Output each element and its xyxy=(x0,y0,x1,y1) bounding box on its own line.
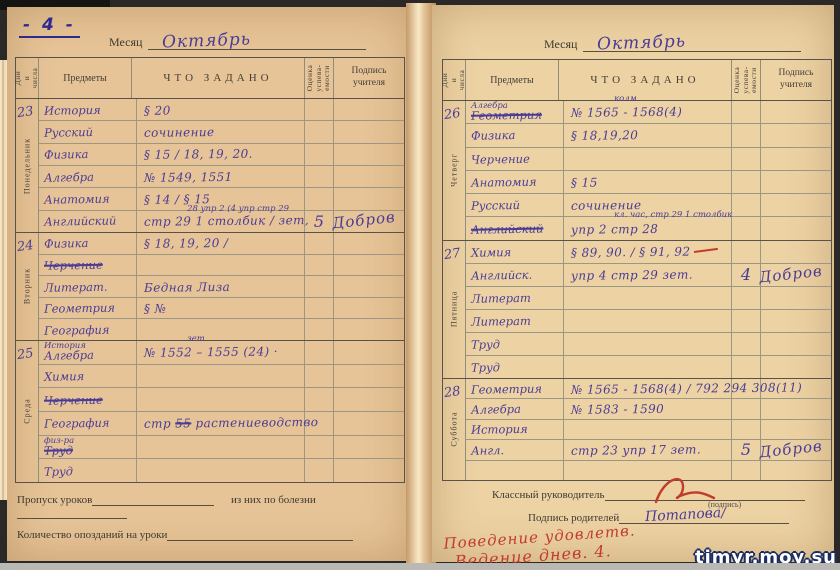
month-line-right: МесяцОктябрь xyxy=(544,35,801,52)
task-text xyxy=(144,264,304,266)
month-label: Месяц xyxy=(109,35,142,49)
table-row: Алгебра Геометрия колм. № 1565 - 1568(4) xyxy=(466,101,831,124)
table-row: Алгебра № 1583 - 1590 xyxy=(466,399,831,419)
grade-cell xyxy=(305,319,334,340)
task-cell: упр 4 стр 29 зет. xyxy=(564,264,732,286)
table-row: География xyxy=(39,319,404,340)
grade-cell xyxy=(732,101,761,123)
subject-name: Труд xyxy=(471,336,563,352)
teacher-signature-cell xyxy=(761,124,831,146)
task-text: № 1549, 1551 xyxy=(144,169,304,185)
table-row: Геометрия № 1565 - 1568(4) / 792 294 308… xyxy=(466,379,831,399)
task-text: упр 4 стр 29 зет. xyxy=(571,267,731,283)
grade-cell xyxy=(732,287,761,309)
table-row: Литерат xyxy=(466,287,831,310)
table-row: Английск. упр 4 стр 29 зет. 4 Добров xyxy=(466,264,831,287)
day-name-label: Вторник xyxy=(22,268,31,304)
task-text: § 15 xyxy=(571,174,731,190)
task-cell: сочинение xyxy=(137,121,305,142)
grade-cell xyxy=(732,124,761,146)
subject-cell xyxy=(466,461,564,480)
table-row: Физика § 15 / 18, 19, 20. xyxy=(39,144,404,166)
day-cell: 25 Среда xyxy=(16,341,39,482)
day-section: 26 Четверг Алгебра Геометрия колм. № 156… xyxy=(443,101,831,241)
table-row: Англ. стр 23 упр 17 зет. 5 Добров xyxy=(466,440,831,460)
day-section: 25 Среда История Алгебра зет № 1552 – 15… xyxy=(16,341,404,482)
teacher-signature-cell xyxy=(761,194,831,216)
left-table: Дни и числа Предметы ЧТО ЗАДАНО Оценка у… xyxy=(15,57,405,483)
table-row: Труд xyxy=(39,459,404,482)
month-value-handwritten: Октябрь xyxy=(162,29,252,52)
subject-cell: Геометрия xyxy=(466,379,564,398)
subject-cell: История xyxy=(466,420,564,439)
diary-spread-photo: - 4 - МесяцОктябрь Дни и числа Предметы … xyxy=(0,0,840,570)
grade-value: 4 xyxy=(741,265,751,284)
task-cell: № 1549, 1551 xyxy=(137,166,305,187)
header-signature: Подпись учителя xyxy=(334,58,404,98)
subject-cell: Физика xyxy=(466,124,564,146)
subject-name: Черчение xyxy=(44,257,136,273)
subject-cell: Черчение xyxy=(39,388,137,411)
tardies-blank xyxy=(167,528,353,541)
teacher-signature-cell xyxy=(334,166,404,187)
table-row: Геометрия § № xyxy=(39,298,404,320)
task-text: § 20 xyxy=(144,102,304,118)
class-teacher-label: Классный руководитель xyxy=(492,489,605,501)
task-cell xyxy=(137,459,305,482)
task-text: № 1583 - 1590 xyxy=(571,401,731,417)
date-number-handwritten: 24 xyxy=(16,238,34,255)
missed-lessons-label: Пропуск уроков xyxy=(17,494,92,506)
table-row: Литерат. Бедная Лиза xyxy=(39,276,404,298)
day-cell: 24 Вторник xyxy=(16,233,39,340)
task-text xyxy=(144,399,304,401)
subject-name: История xyxy=(471,422,563,438)
day-name-label: Суббота xyxy=(449,412,458,447)
subject-cell: Труд xyxy=(466,333,564,355)
teacher-signature-cell xyxy=(334,298,404,319)
task-superscript-note: зет xyxy=(187,334,205,344)
teacher-signature-cell xyxy=(761,148,831,170)
month-label: Месяц xyxy=(544,37,577,51)
task-cell: № 1583 - 1590 xyxy=(564,399,732,418)
task-text: № 1565 - 1568(4) / 792 294 308(11) xyxy=(571,381,731,397)
subject-name: Анатомия xyxy=(44,191,136,207)
grade-cell xyxy=(732,356,761,378)
subject-cell: Черчение xyxy=(39,255,137,276)
teacher-signature-cell xyxy=(334,233,404,254)
day-rows: Физика § 18, 19, 20 / Черчение Ли xyxy=(39,233,404,340)
date-number-handwritten: 23 xyxy=(16,104,34,121)
subject-cell: Английский xyxy=(39,211,137,232)
day-name-label: Пятница xyxy=(449,291,458,327)
subject-cell: Геометрия xyxy=(39,298,137,319)
task-text: стр 55 растениеводство xyxy=(144,415,304,431)
task-text: § 89, 90. / § 91, 92 xyxy=(571,244,731,260)
task-text: § 18, 19, 20 / xyxy=(144,236,304,252)
subject-name: Химия xyxy=(44,368,136,384)
task-cell xyxy=(137,436,305,459)
subject-name: Алгебра xyxy=(44,348,136,364)
day-rows: История § 20 Русский сочинение Физ xyxy=(39,99,404,232)
teacher-signature-cell xyxy=(761,333,831,355)
subject-name: Черчение xyxy=(471,151,563,167)
task-text xyxy=(571,429,731,431)
parents-signature-label: Подпись родителей xyxy=(528,512,619,524)
task-text xyxy=(571,343,731,345)
header-grade: Оценка успева- емости xyxy=(305,58,334,98)
page-number: - 4 - xyxy=(19,15,80,38)
grade-cell: 5 xyxy=(305,211,334,232)
task-cell: кл. час, стр 29 1 столбик упр 2 стр 28 xyxy=(564,217,732,239)
subject-cell: История Алгебра xyxy=(39,341,137,364)
task-text xyxy=(571,469,731,471)
task-text xyxy=(144,375,304,377)
task-cell xyxy=(564,148,732,170)
red-teacher-notes: Поведение удовлетв. Ведение днев. 4. xyxy=(443,521,638,570)
table-row: Черчение xyxy=(39,255,404,277)
left-page: - 4 - МесяцОктябрь Дни и числа Предметы … xyxy=(7,7,411,561)
day-cell: 27 Пятница xyxy=(443,241,466,378)
left-footer: Пропуск уроков из них по болезни Количес… xyxy=(17,493,407,550)
grade-cell xyxy=(732,333,761,355)
grade-cell xyxy=(305,459,334,482)
table-row: Физика § 18,19,20 xyxy=(466,124,831,147)
teacher-signature-cell xyxy=(761,461,831,480)
day-rows: История Алгебра зет № 1552 – 1555 (24) ·… xyxy=(39,341,404,482)
table-row: Литерат xyxy=(466,310,831,333)
teacher-signature-cell xyxy=(334,121,404,142)
teacher-signature-cell xyxy=(761,399,831,418)
subject-cell: Алгебра xyxy=(39,166,137,187)
subject-cell: География xyxy=(39,319,137,340)
teacher-signature-cell: Добров xyxy=(761,440,831,459)
grade-cell xyxy=(305,365,334,388)
subject-name: Английский xyxy=(471,221,563,237)
table-row: Анатомия § 15 xyxy=(466,171,831,194)
table-row: Химия xyxy=(39,365,404,389)
date-number-handwritten: 28 xyxy=(443,384,461,401)
table-row: География стр 55 растениеводство xyxy=(39,412,404,436)
grade-value: 5 xyxy=(314,212,324,231)
subject-cell: Физика xyxy=(39,233,137,254)
subject-cell: Англ. xyxy=(466,440,564,459)
grade-cell xyxy=(305,341,334,364)
table-row: Труд xyxy=(466,356,831,378)
day-name-label: Среда xyxy=(22,399,31,424)
teacher-signature-cell xyxy=(334,144,404,165)
task-text: № 1565 - 1568(4) xyxy=(571,104,731,120)
table-row: Алгебра № 1549, 1551 xyxy=(39,166,404,188)
grade-cell xyxy=(305,99,334,120)
subject-name: История xyxy=(44,102,136,118)
grade-cell xyxy=(305,436,334,459)
subject-cell: физ-ра Труд xyxy=(39,436,137,459)
task-cell: № 1565 - 1568(4) / 792 294 308(11) xyxy=(564,379,732,398)
header-days: Дни и числа xyxy=(443,60,466,100)
subject-name: Русский xyxy=(44,124,136,140)
subject-name: Алгебра xyxy=(471,401,563,417)
table-row: Труд xyxy=(466,333,831,356)
teacher-signature-cell xyxy=(761,310,831,332)
tardies-label: Количество опозданий на уроки xyxy=(17,529,167,541)
table-row: Физика § 18, 19, 20 / xyxy=(39,233,404,255)
task-cell: зет № 1552 – 1555 (24) · xyxy=(137,341,305,364)
header-tasks: ЧТО ЗАДАНО xyxy=(559,60,732,100)
missed-lessons-blank xyxy=(92,493,214,506)
subject-cell: Труд xyxy=(39,459,137,482)
grade-cell xyxy=(732,171,761,193)
day-cell: 26 Четверг xyxy=(443,101,466,240)
teacher-signature-cell xyxy=(334,388,404,411)
task-text: § 18,19,20 xyxy=(571,128,731,144)
grade-cell xyxy=(732,461,761,480)
month-line-left: МесяцОктябрь xyxy=(109,33,366,50)
day-rows: Геометрия № 1565 - 1568(4) / 792 294 308… xyxy=(466,379,831,480)
grade-cell xyxy=(732,310,761,332)
day-section: 28 Суббота Геометрия № 1565 - 1568(4) / … xyxy=(443,379,831,480)
day-cell: 23 Понедельник xyxy=(16,99,39,232)
teacher-signature-cell xyxy=(334,99,404,120)
table-row: История § 20 xyxy=(39,99,404,121)
task-cell: Бедная Лиза xyxy=(137,276,305,297)
subject-name: Труд xyxy=(471,359,563,375)
grade-value: 5 xyxy=(741,440,751,459)
table-row: физ-ра Труд xyxy=(39,436,404,460)
header-days: Дни и числа xyxy=(16,58,39,98)
task-superscript-note: кл. час, стр 29 1 столбик xyxy=(614,210,732,220)
teacher-signature-cell xyxy=(761,241,831,263)
grade-cell xyxy=(732,148,761,170)
task-text xyxy=(144,446,304,448)
teacher-signature-cell xyxy=(761,287,831,309)
header-tasks: ЧТО ЗАДАНО xyxy=(132,58,305,98)
subject-cell: Химия xyxy=(466,241,564,263)
teacher-signature-cell xyxy=(334,188,404,209)
table-row: История Алгебра зет № 1552 – 1555 (24) · xyxy=(39,341,404,365)
subject-name: Физика xyxy=(471,128,563,144)
task-cell xyxy=(137,319,305,340)
task-text: Бедная Лиза xyxy=(144,279,304,295)
teacher-signature-cell xyxy=(334,255,404,276)
right-page: МесяцОктябрь Дни и числа Предметы ЧТО ЗА… xyxy=(432,5,834,562)
right-footer: Классный руководитель (подпись) Подпись … xyxy=(440,488,832,530)
grade-cell xyxy=(305,255,334,276)
day-name-label: Понедельник xyxy=(22,137,31,193)
subject-name: Английский xyxy=(44,214,136,230)
teacher-signature-cell xyxy=(334,436,404,459)
day-cell: 28 Суббота xyxy=(443,379,466,480)
table-row xyxy=(466,461,831,480)
subject-cell: Физика xyxy=(39,144,137,165)
subject-name: Физика xyxy=(44,147,136,163)
task-cell: § 18,19,20 xyxy=(564,124,732,146)
teacher-signature-cell xyxy=(334,341,404,364)
subject-name: Анатомия xyxy=(471,174,563,190)
subject-cell: Алгебра xyxy=(466,399,564,418)
grade-cell xyxy=(732,420,761,439)
task-text: сочинение xyxy=(144,124,304,140)
subject-name: Литерат xyxy=(471,290,563,306)
teacher-signature-handwritten: Добров xyxy=(758,262,823,287)
subject-name: Русский xyxy=(471,198,563,214)
teacher-signature-cell xyxy=(761,379,831,398)
subject-cell: Литерат xyxy=(466,287,564,309)
subject-cell: Русский xyxy=(39,121,137,142)
grade-cell xyxy=(732,194,761,216)
task-text: стр 23 упр 17 зет. xyxy=(571,442,731,458)
subject-name: Геометрия xyxy=(44,300,136,316)
task-text xyxy=(571,320,731,322)
teacher-signature-cell xyxy=(334,276,404,297)
teacher-signature-cell xyxy=(334,459,404,482)
subject-name: Черчение xyxy=(44,392,136,408)
subject-cell: Труд xyxy=(466,356,564,378)
task-cell xyxy=(564,287,732,309)
day-rows: Алгебра Геометрия колм. № 1565 - 1568(4)… xyxy=(466,101,831,240)
day-rows: Химия § 89, 90. / § 91, 92 Английск. упр… xyxy=(466,241,831,378)
table-row: Английский кл. час, стр 29 1 столбик упр… xyxy=(466,217,831,239)
task-text xyxy=(144,329,304,331)
grade-cell xyxy=(305,233,334,254)
day-name-label: Четверг xyxy=(449,153,458,187)
subject-name: Труд xyxy=(44,463,136,479)
teacher-signature-handwritten: Добров xyxy=(331,208,396,233)
grade-cell: 4 xyxy=(732,264,761,286)
subject-name: География xyxy=(44,322,136,338)
subject-cell: Английский xyxy=(466,217,564,239)
task-cell: § 15 xyxy=(564,171,732,193)
grade-cell xyxy=(305,276,334,297)
task-text: упр 2 стр 28 xyxy=(571,221,731,237)
due-illness-blank xyxy=(17,506,127,519)
table-row: Черчение xyxy=(39,388,404,412)
subject-name: Труд xyxy=(44,442,136,458)
right-table: Дни и числа Предметы ЧТО ЗАДАНО Оценка у… xyxy=(442,59,832,481)
task-text xyxy=(144,470,304,472)
month-value-handwritten: Октябрь xyxy=(597,31,687,54)
date-number-handwritten: 27 xyxy=(443,246,461,263)
table-row: История xyxy=(466,420,831,440)
subject-cell: Химия xyxy=(39,365,137,388)
subject-cell: Анатомия xyxy=(466,171,564,193)
task-text xyxy=(571,366,731,368)
right-sections: 26 Четверг Алгебра Геометрия колм. № 156… xyxy=(443,101,831,480)
task-text: № 1552 – 1555 (24) · xyxy=(144,344,304,360)
due-illness-label: из них по болезни xyxy=(231,494,316,506)
task-cell xyxy=(137,255,305,276)
subject-cell: Анатомия xyxy=(39,188,137,209)
grade-cell xyxy=(732,399,761,418)
red-correction-mark xyxy=(693,241,718,253)
subject-name: Англ. xyxy=(471,442,563,458)
table-row: Английский 28 упр 2 (4 упр стр 29 стр 29… xyxy=(39,211,404,232)
subject-name: Геометрия xyxy=(471,381,563,397)
task-text: стр 29 1 столбик / зет, xyxy=(144,214,304,230)
grade-cell xyxy=(732,241,761,263)
task-superscript-note: 28 упр 2 (4 упр стр 29 xyxy=(187,204,289,214)
subject-cell: История xyxy=(39,99,137,120)
task-superscript-note: колм. xyxy=(614,94,639,104)
grade-cell: 5 xyxy=(732,440,761,459)
subject-name: Литерат xyxy=(471,313,563,329)
task-cell: § 89, 90. / § 91, 92 xyxy=(564,241,732,263)
teacher-signature-cell xyxy=(761,171,831,193)
task-cell xyxy=(564,356,732,378)
table-row: Черчение xyxy=(466,148,831,171)
task-cell: § № xyxy=(137,298,305,319)
subject-name: Химия xyxy=(471,244,563,260)
header-subjects: Предметы xyxy=(39,58,132,98)
task-cell: 28 упр 2 (4 упр стр 29 стр 29 1 столбик … xyxy=(137,211,305,232)
task-cell xyxy=(564,333,732,355)
date-number-handwritten: 26 xyxy=(443,106,461,123)
grade-cell xyxy=(732,217,761,239)
task-cell xyxy=(137,388,305,411)
subject-name: Алгебра xyxy=(44,169,136,185)
date-number-handwritten: 25 xyxy=(16,346,34,363)
left-sections: 23 Понедельник История § 20 Русский сочи… xyxy=(16,99,404,482)
teacher-signature-cell xyxy=(334,319,404,340)
header-grade: Оценка успева- емости xyxy=(732,60,761,100)
task-text: § № xyxy=(144,300,304,316)
teacher-signature-cell: Добров xyxy=(334,211,404,232)
left-table-header: Дни и числа Предметы ЧТО ЗАДАНО Оценка у… xyxy=(16,58,404,99)
grade-cell xyxy=(305,166,334,187)
task-text xyxy=(571,158,731,160)
site-watermark: timyr.moy.su xyxy=(695,547,837,568)
task-text: § 15 / 18, 19, 20. xyxy=(144,147,304,163)
subject-cell: Алгебра Геометрия xyxy=(466,101,564,123)
grade-cell xyxy=(305,388,334,411)
teacher-signature-cell xyxy=(761,217,831,239)
subject-cell: Английск. xyxy=(466,264,564,286)
teacher-signature-handwritten: Добров xyxy=(758,437,823,462)
subject-cell: География xyxy=(39,412,137,435)
subject-cell: Русский xyxy=(466,194,564,216)
task-cell: § 15 / 18, 19, 20. xyxy=(137,144,305,165)
day-section: 27 Пятница Химия § 89, 90. / § 91, 92 Ан… xyxy=(443,241,831,379)
header-subjects: Предметы xyxy=(466,60,559,100)
header-signature: Подпись учителя xyxy=(761,60,831,100)
task-cell: стр 23 упр 17 зет. xyxy=(564,440,732,459)
task-cell xyxy=(137,365,305,388)
task-cell: § 20 xyxy=(137,99,305,120)
grade-cell xyxy=(305,188,334,209)
teacher-signature-cell xyxy=(334,365,404,388)
subject-cell: Черчение xyxy=(466,148,564,170)
table-row: Русский сочинение xyxy=(39,121,404,143)
subject-name: География xyxy=(44,415,136,431)
teacher-signature-cell xyxy=(761,101,831,123)
task-cell xyxy=(564,310,732,332)
table-row: Химия § 89, 90. / § 91, 92 xyxy=(466,241,831,264)
task-text xyxy=(571,297,731,299)
teacher-signature-cell xyxy=(761,356,831,378)
grade-cell xyxy=(305,298,334,319)
task-cell: стр 55 растениеводство xyxy=(137,412,305,435)
subject-name: Английск. xyxy=(471,267,563,283)
task-cell: § 18, 19, 20 / xyxy=(137,233,305,254)
subject-name xyxy=(471,469,563,471)
grade-cell xyxy=(305,144,334,165)
task-cell: колм. № 1565 - 1568(4) xyxy=(564,101,732,123)
teacher-signature-cell: Добров xyxy=(761,264,831,286)
task-cell xyxy=(564,420,732,439)
subject-name: Физика xyxy=(44,236,136,252)
day-section: 24 Вторник Физика § 18, 19, 20 / Черчени… xyxy=(16,233,404,341)
day-section: 23 Понедельник История § 20 Русский сочи… xyxy=(16,99,404,233)
